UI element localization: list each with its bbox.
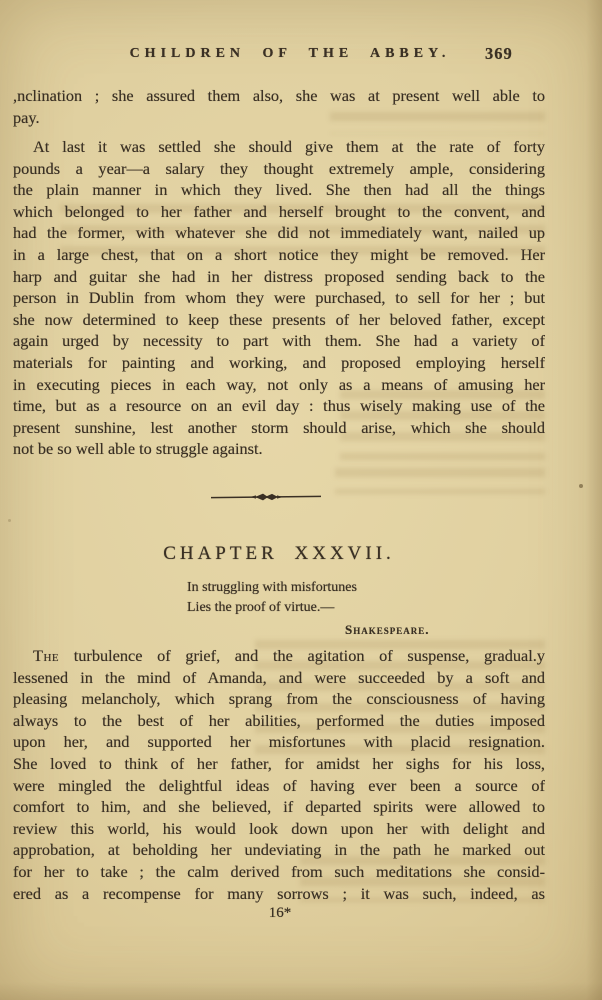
text-line: always to the best of her abilities, per…	[13, 710, 545, 732]
page-edge-shadow	[0, 982, 602, 1000]
page-header: CHILDREN OF THE ABBEY. 369	[0, 46, 602, 66]
text-line: she now determined to keep these present…	[13, 309, 545, 331]
text-line: She loved to think of her father, for am…	[13, 753, 545, 775]
text-line: review this world, his would look down u…	[13, 818, 545, 840]
text-line: upon her, and supported her misfortunes …	[13, 731, 545, 753]
text-line: approbation, at beholding her undeviatin…	[13, 839, 545, 861]
text-line: lessened in the mind of Amanda, and were…	[13, 667, 545, 689]
text-line: not be so well able to struggle against.	[13, 438, 545, 460]
text-line: At last it was settled she should give t…	[13, 136, 545, 158]
chapter-heading: CHAPTER XXXVII.	[13, 543, 545, 565]
paragraph-continuation: ,nclination ; she assured them also, she…	[13, 85, 545, 128]
book-page: CHILDREN OF THE ABBEY. 369 ,nclination ;…	[0, 0, 602, 1000]
text-line: pay.	[13, 107, 545, 129]
signature-mark: 16*	[13, 905, 547, 922]
text-line: The turbulence of grief, and the agitati…	[13, 645, 545, 667]
section-divider	[210, 490, 322, 504]
text-line: time, but as a resource on an evil day :…	[13, 395, 545, 417]
divider-ornament-icon	[210, 490, 322, 504]
epigraph-line: In struggling with misfortunes	[187, 578, 357, 598]
text-line: were mingled the delightful ideas of hav…	[13, 775, 545, 797]
page-edge-shadow	[586, 0, 602, 1000]
text-line: ered as a recompense for many sorrows ; …	[13, 883, 545, 905]
paragraph-body: At last it was settled she should give t…	[13, 136, 545, 460]
text-line: again urged by necessity to part with th…	[13, 330, 545, 352]
chapter-epigraph: In struggling with misfortunes Lies the …	[187, 578, 357, 618]
show-through-text	[335, 468, 545, 494]
text-line: in a large chest, that on a short notice…	[13, 244, 545, 266]
text-line: harp and guitar she had in her distress …	[13, 266, 545, 288]
text-line: the plain manner in which they lived. Sh…	[13, 179, 545, 201]
text-line: for her to take ; the calm derived from …	[13, 861, 545, 883]
text-line: had the former, with whatever she did no…	[13, 222, 545, 244]
running-title: CHILDREN OF THE ABBEY.	[118, 46, 462, 62]
text-line: which belonged to her father and herself…	[13, 201, 545, 223]
text-line: pounds a year—a salary they thought extr…	[13, 158, 545, 180]
text-line: in executing pieces in each way, not onl…	[13, 374, 545, 396]
text-line: present sunshine, lest another storm sho…	[13, 417, 545, 439]
text-line: person in Dublin from whom they were pur…	[13, 287, 545, 309]
text-line: pleasing melancholy, which sprang from t…	[13, 688, 545, 710]
lead-word: The	[33, 646, 59, 665]
text-line-rest: turbulence of grief, and the agitation o…	[59, 646, 545, 665]
chapter-paragraph: The turbulence of grief, and the agitati…	[13, 645, 545, 904]
paper-speck	[8, 519, 11, 522]
epigraph-line: Lies the proof of virtue.—	[187, 598, 357, 618]
text-line: materials for painting and working, and …	[13, 352, 545, 374]
paper-speck	[579, 484, 583, 488]
epigraph-attribution: Shakespeare.	[345, 622, 430, 638]
text-line: ,nclination ; she assured them also, she…	[13, 85, 545, 107]
text-line: comfort to him, and she believed, if dep…	[13, 796, 545, 818]
page-number: 369	[485, 44, 513, 64]
